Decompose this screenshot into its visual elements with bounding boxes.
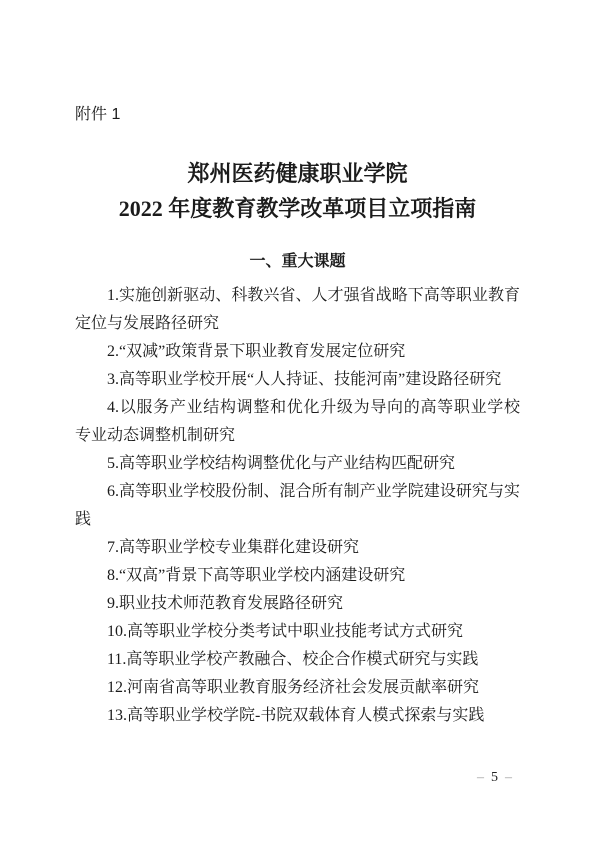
- list-item-line: 11.高等职业学校产教融合、校企合作模式研究与实践: [75, 646, 520, 674]
- title-line-1: 郑州医药健康职业学院: [75, 156, 520, 191]
- list-item: 4.以服务产业结构调整和优化升级为导向的高等职业学校专业动态调整机制研究: [75, 394, 520, 450]
- list-item-line: 9.职业技术师范教育发展路径研究: [75, 590, 520, 618]
- page-number-value: 5: [491, 768, 498, 788]
- page-number-right-dash: –: [505, 768, 512, 788]
- list-item-line: 专业动态调整机制研究: [75, 422, 520, 450]
- list-item-line: 13.高等职业学校学院-书院双载体育人模式探索与实践: [75, 702, 520, 730]
- page-number: – 5 –: [477, 768, 512, 788]
- title-line-2: 2022 年度教育教学改革项目立项指南: [75, 191, 520, 226]
- document-title: 郑州医药健康职业学院 2022 年度教育教学改革项目立项指南: [75, 156, 520, 226]
- list-item-line: 践: [75, 506, 520, 534]
- list-item-line: 10.高等职业学校分类考试中职业技能考试方式研究: [75, 618, 520, 646]
- list-item-line: 8.“双高”背景下高等职业学校内涵建设研究: [75, 562, 520, 590]
- attachment-label: 附件 1: [75, 105, 520, 125]
- list-item: 7.高等职业学校专业集群化建设研究: [75, 534, 520, 562]
- list-item-line: 7.高等职业学校专业集群化建设研究: [75, 534, 520, 562]
- document-page: 附件 1 郑州医药健康职业学院 2022 年度教育教学改革项目立项指南 一、重大…: [0, 0, 595, 842]
- list-item-line: 4.以服务产业结构调整和优化升级为导向的高等职业学校: [75, 394, 520, 422]
- list-item: 2.“双减”政策背景下职业教育发展定位研究: [75, 338, 520, 366]
- list-item: 12.河南省高等职业教育服务经济社会发展贡献率研究: [75, 674, 520, 702]
- list-item-line: 12.河南省高等职业教育服务经济社会发展贡献率研究: [75, 674, 520, 702]
- list-item-line: 2.“双减”政策背景下职业教育发展定位研究: [75, 338, 520, 366]
- list-item: 11.高等职业学校产教融合、校企合作模式研究与实践: [75, 646, 520, 674]
- list-item-line: 6.高等职业学校股份制、混合所有制产业学院建设研究与实: [75, 478, 520, 506]
- list-item-line: 1.实施创新驱动、科教兴省、人才强省战略下高等职业教育: [75, 282, 520, 310]
- list-item: 5.高等职业学校结构调整优化与产业结构匹配研究: [75, 450, 520, 478]
- page-number-left-dash: –: [477, 768, 484, 788]
- list-item-line: 5.高等职业学校结构调整优化与产业结构匹配研究: [75, 450, 520, 478]
- list-item: 9.职业技术师范教育发展路径研究: [75, 590, 520, 618]
- list-item-line: 3.高等职业学校开展“人人持证、技能河南”建设路径研究: [75, 366, 520, 394]
- list-item: 10.高等职业学校分类考试中职业技能考试方式研究: [75, 618, 520, 646]
- list-item-line: 定位与发展路径研究: [75, 310, 520, 338]
- list-item: 3.高等职业学校开展“人人持证、技能河南”建设路径研究: [75, 366, 520, 394]
- list-item: 6.高等职业学校股份制、混合所有制产业学院建设研究与实践: [75, 478, 520, 534]
- topic-list: 1.实施创新驱动、科教兴省、人才强省战略下高等职业教育定位与发展路径研究2.“双…: [75, 282, 520, 730]
- list-item: 1.实施创新驱动、科教兴省、人才强省战略下高等职业教育定位与发展路径研究: [75, 282, 520, 338]
- section-heading: 一、重大课题: [75, 248, 520, 276]
- list-item: 13.高等职业学校学院-书院双载体育人模式探索与实践: [75, 702, 520, 730]
- list-item: 8.“双高”背景下高等职业学校内涵建设研究: [75, 562, 520, 590]
